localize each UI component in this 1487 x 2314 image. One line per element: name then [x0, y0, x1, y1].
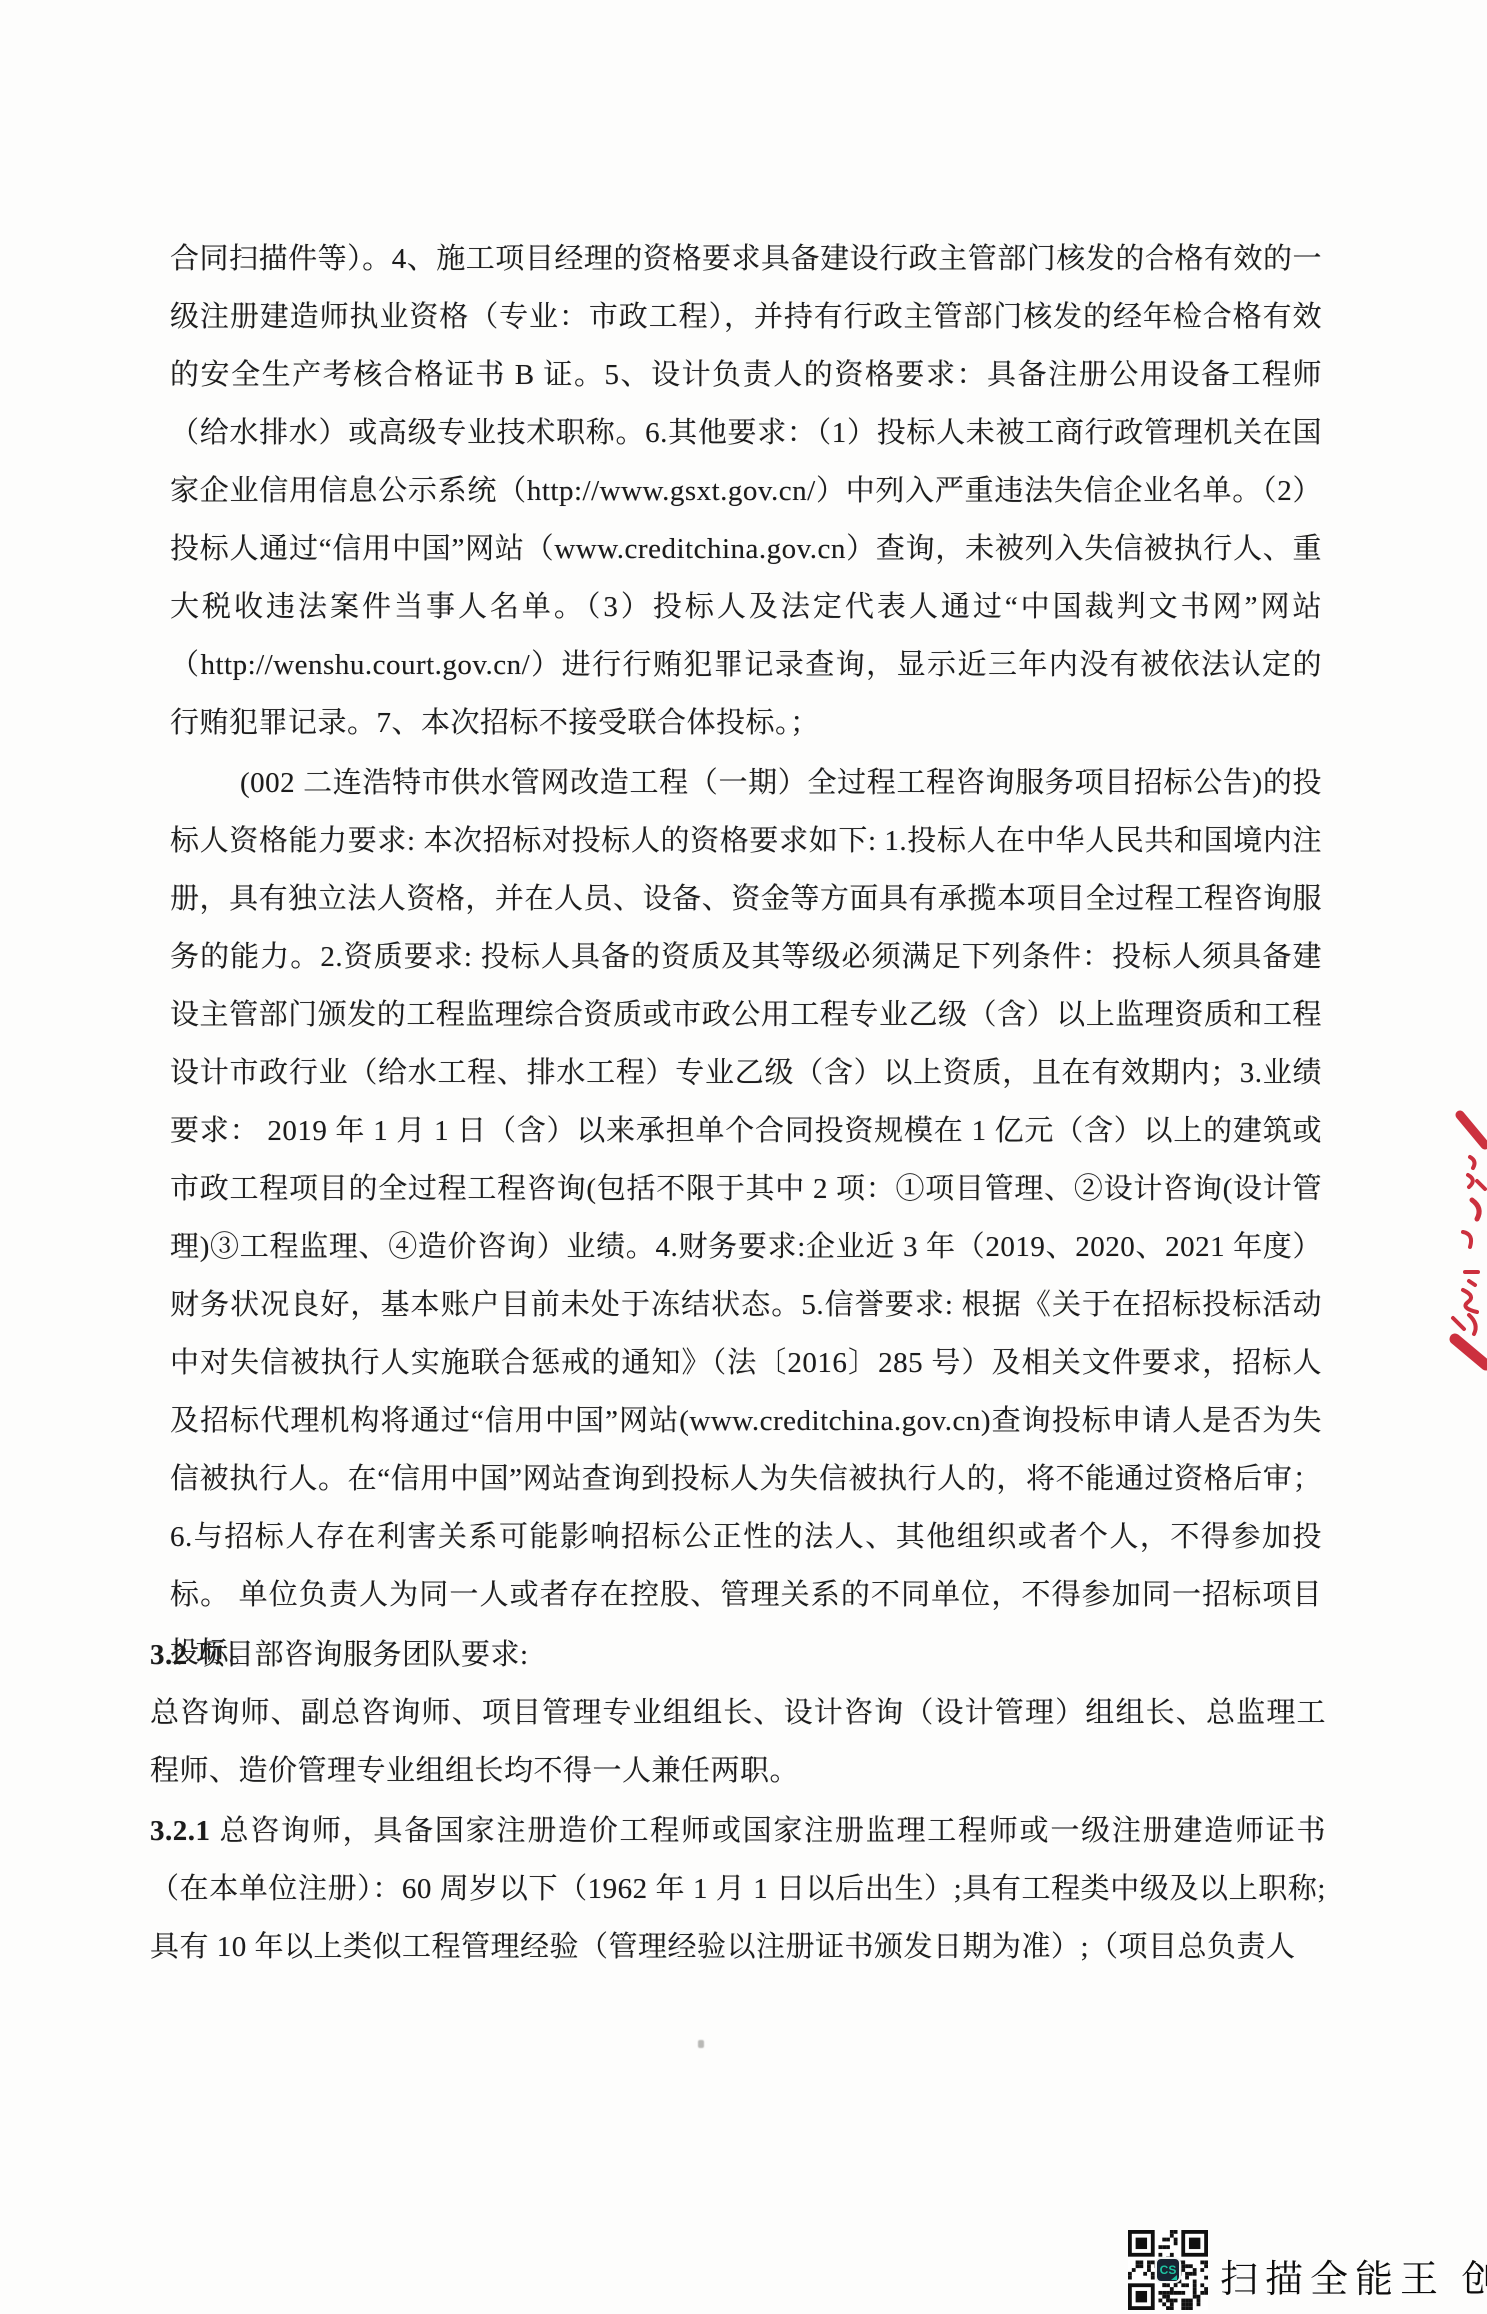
paragraph-3-2-1-chief-consultant: 3.2.1 总咨询师，具备国家注册造价工程师或国家注册监理工程师或一级注册建造师…: [150, 1802, 1326, 1976]
camscanner-logo-wedge-icon: [1171, 2275, 1177, 2280]
scanned-document-page: 合同扫描件等）。4、施工项目经理的资格要求具备建设行政主管部门核发的合格有效的一…: [0, 0, 1487, 2314]
red-ink-marks: [1438, 1085, 1487, 1385]
paragraph-construction-manager-requirements: 合同扫描件等）。4、施工项目经理的资格要求具备建设行政主管部门核发的合格有效的一…: [170, 230, 1322, 752]
camscanner-watermark-text: 扫描全能王 创建: [1220, 2248, 1487, 2303]
camscanner-logo-icon: CS: [1155, 2257, 1181, 2283]
section-3-2-title: 项目部咨询服务团队要求:: [188, 1639, 529, 1671]
section-3-2-1-number: 3.2.1: [150, 1815, 211, 1847]
scan-artifact-speck: [698, 2040, 704, 2048]
section-3-2-1-text: 总咨询师，具备国家注册造价工程师或国家注册监理工程师或一级注册建造师证书（在本单…: [150, 1815, 1326, 1963]
paragraph-team-no-dual-roles: 总咨询师、副总咨询师、项目管理专业组组长、设计咨询（设计管理）组组长、总监理工程…: [150, 1684, 1326, 1800]
section-3-2-number: 3.2: [150, 1639, 188, 1671]
paragraph-002-project-bidder-qualification: (002 二连浩特市供水管网改造工程（一期）全过程工程咨询服务项目招标公告)的投…: [170, 754, 1322, 1682]
qr-code: CS: [1128, 2230, 1208, 2310]
section-3-2-heading: 3.2 项目部咨询服务团队要求:: [150, 1626, 1326, 1684]
